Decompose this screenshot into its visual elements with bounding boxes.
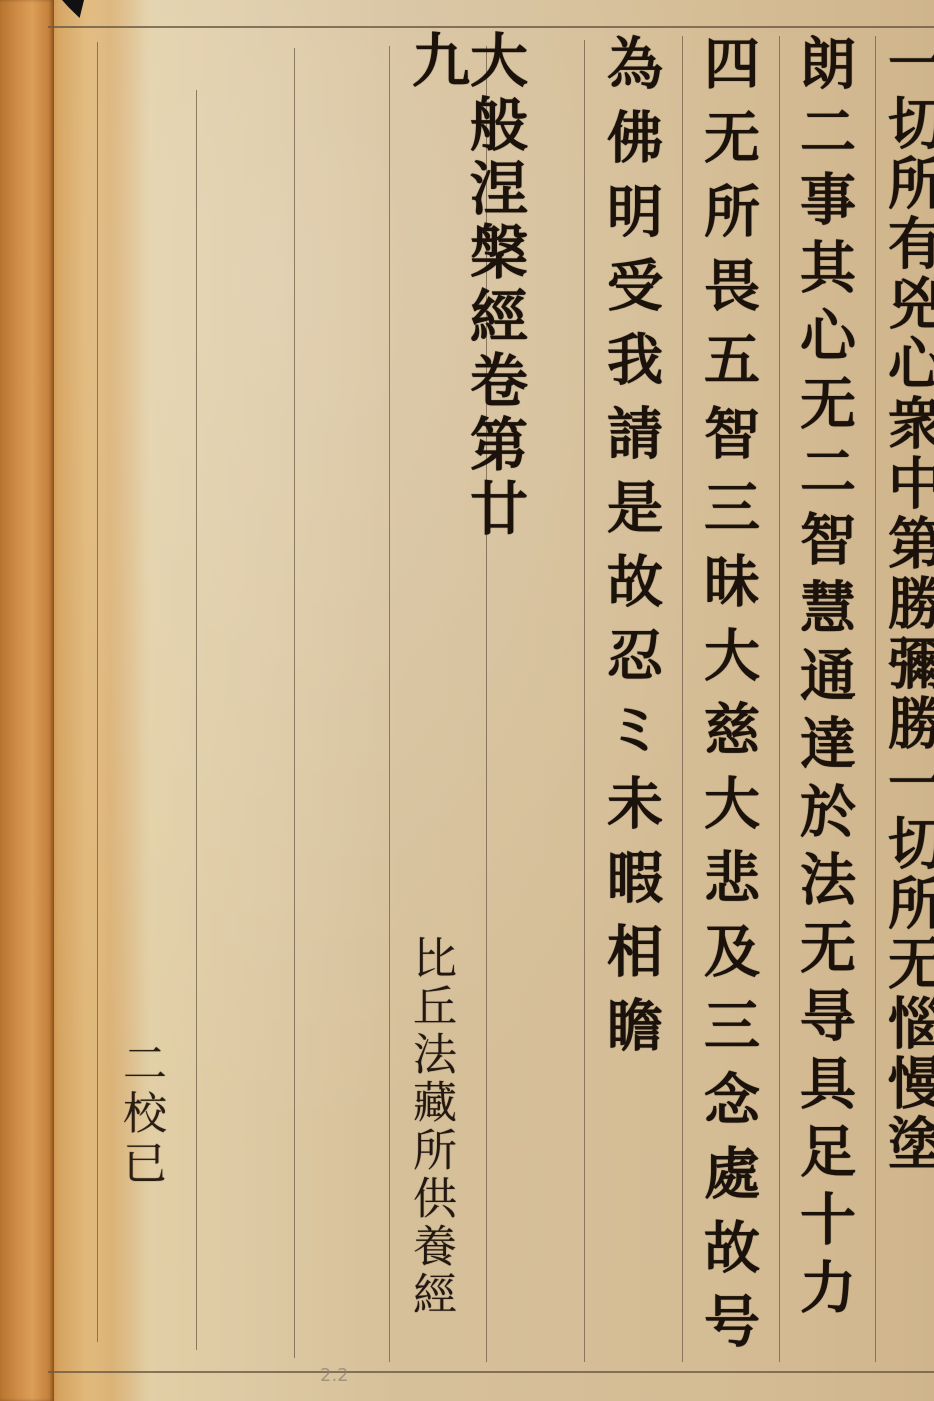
column-rule: [97, 42, 98, 1342]
column-rule: [682, 36, 683, 1362]
colophon: 比丘法藏所供養經: [408, 935, 452, 1335]
manuscript-scroll: 一切所有兇心衆中第勝彌勝一切所无惱慢塗 朗二事其心无二智慧通達於法无㝵具足十力 …: [0, 0, 934, 1401]
column-rule: [389, 46, 390, 1362]
column-rule: [196, 90, 197, 1350]
column-rule: [779, 36, 780, 1362]
column-rule: [294, 48, 295, 1358]
column-rule: [584, 40, 585, 1362]
text-column-3: 四无所畏五智三昧大慈大悲及三念處故号: [700, 34, 756, 1374]
column-rule: [875, 36, 876, 1362]
text-column-2: 朗二事其心无二智慧通達於法无㝵具足十力: [796, 34, 852, 1374]
proofreading-note: 二校已: [118, 1040, 162, 1200]
sutra-title: 大般涅槃經卷第廿九: [407, 30, 523, 570]
text-column-1: 一切所有兇心衆中第勝彌勝一切所无惱慢塗: [884, 34, 934, 1374]
top-rule-line: [48, 26, 934, 28]
text-column-4: 為佛明受我請是故忍ミ未暇相瞻: [603, 34, 659, 1074]
pencil-mark: 2.2: [320, 1365, 349, 1386]
scroll-roller: [0, 0, 54, 1401]
